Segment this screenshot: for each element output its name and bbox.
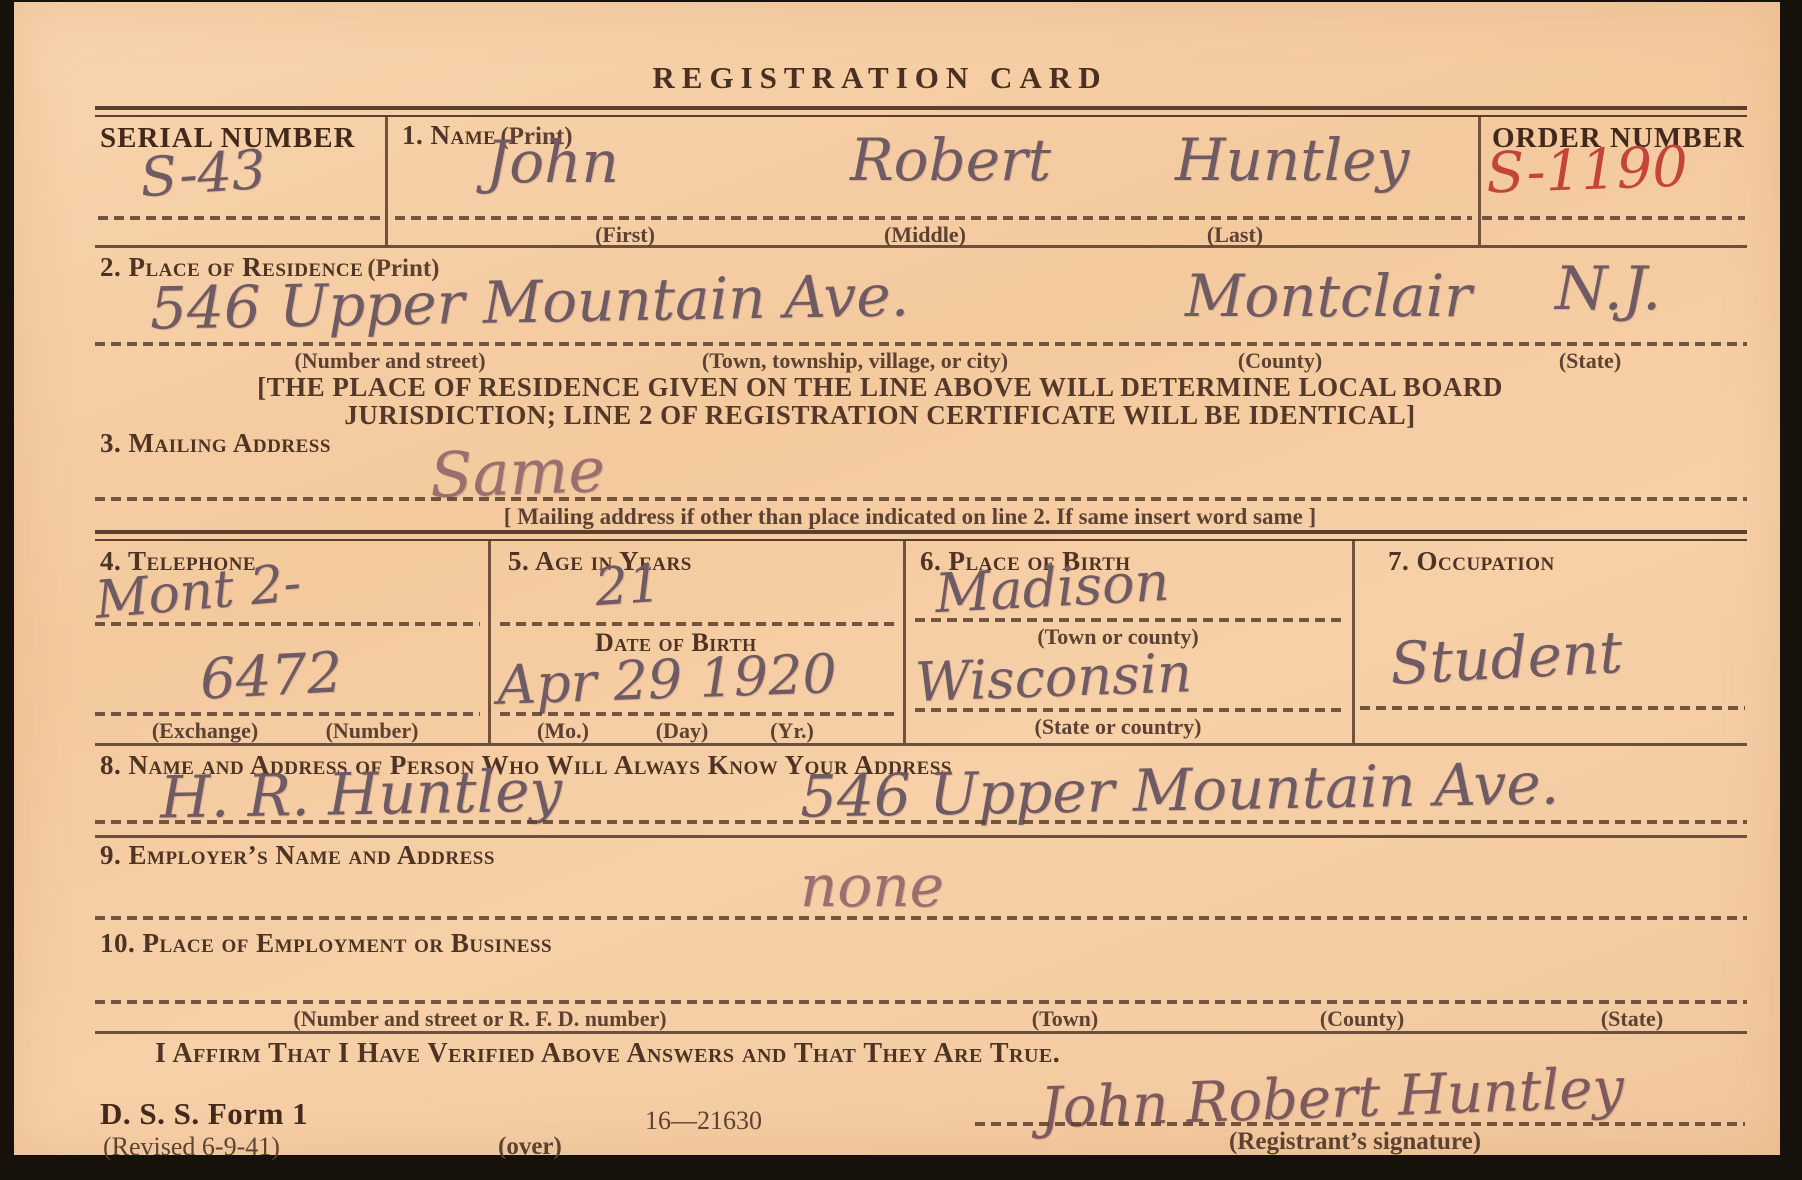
- name-dashed-line: [395, 216, 1472, 220]
- contact-bottom-rule: [95, 835, 1747, 838]
- signature-caption: (Registrant’s signature): [1229, 1128, 1481, 1156]
- mailing-label: 3. Mailing Address: [100, 428, 331, 459]
- jurisdiction-notice-line2: JURISDICTION; LINE 2 OF REGISTRATION CER…: [344, 400, 1415, 431]
- day-caption: (Day): [656, 718, 709, 744]
- age-birth-divider: [903, 540, 906, 743]
- serial-number-value: S-43: [138, 138, 268, 210]
- serial-dashed-line: [98, 216, 380, 220]
- month-caption: (Mo.): [537, 718, 589, 744]
- occupation-dash: [1360, 706, 1745, 710]
- telephone-number-value: 6472: [198, 640, 344, 712]
- exchange-caption: (Exchange): [152, 718, 258, 744]
- birth-state-value: Wisconsin: [914, 641, 1193, 714]
- contact-address-value: 546 Upper Mountain Ave.: [799, 749, 1559, 830]
- year-caption: (Yr.): [770, 718, 814, 744]
- grid-bottom-rule: [95, 743, 1747, 746]
- mid-double-rule: [95, 530, 1747, 541]
- scanned-registration-card: REGISTRATION CARD SERIAL NUMBER S-43 1. …: [0, 0, 1802, 1180]
- tel-age-divider: [488, 540, 491, 743]
- birth-town-value: Madison: [934, 550, 1171, 625]
- residence-county-caption: (County): [1238, 348, 1322, 374]
- residence-street-value: 546 Upper Mountain Ave.: [149, 261, 909, 342]
- birth-town-dash: [915, 618, 1345, 622]
- form-revised: (Revised 6-9-41): [103, 1132, 280, 1162]
- telephone-dash-1: [95, 622, 480, 626]
- birth-state-caption: (State or country): [1035, 714, 1202, 740]
- order-number-value: S-1190: [1485, 134, 1689, 206]
- residence-city-value: Montclair: [1185, 262, 1472, 330]
- over-caption: (over): [498, 1133, 562, 1161]
- mailing-caption: [ Mailing address if other than place in…: [504, 504, 1316, 530]
- residence-city-caption: (Town, township, village, or city): [702, 348, 1008, 374]
- employer-dash: [95, 916, 1747, 920]
- order-dashed-line: [1482, 216, 1745, 220]
- employment-state-caption: (State): [1601, 1006, 1663, 1032]
- employer-label: 9. Employer’s Name and Address: [100, 840, 495, 871]
- dob-dash: [500, 712, 895, 716]
- occupation-label: 7. Occupation: [1388, 546, 1555, 577]
- age-value: 21: [593, 554, 663, 618]
- name-label: 1. Name: [402, 120, 496, 150]
- print-code: 16—21630: [645, 1106, 762, 1136]
- name-first-value: John: [486, 128, 619, 196]
- employer-value: none: [800, 852, 944, 920]
- telephone-dash-2: [95, 712, 480, 716]
- name-middle-value: Robert: [850, 126, 1051, 194]
- employment-street-caption: (Number and street or R. F. D. number): [293, 1006, 666, 1032]
- residence-street-caption: (Number and street): [294, 348, 485, 374]
- header-bottom-rule: [95, 245, 1747, 248]
- page-title: REGISTRATION CARD: [20, 60, 1740, 96]
- name-order-divider: [1478, 117, 1481, 245]
- employment-label: 10. Place of Employment or Business: [100, 928, 552, 959]
- residence-dashed-line: [95, 342, 1747, 346]
- residence-state-value: N.J.: [1555, 254, 1661, 324]
- form-number: D. S. S. Form 1: [100, 1096, 308, 1132]
- age-dash: [500, 622, 895, 626]
- residence-state-caption: (State): [1559, 348, 1621, 374]
- signature-dash: [975, 1122, 1745, 1126]
- birth-state-dash: [915, 708, 1345, 712]
- affirmation-text: I Affirm That I Have Verified Above Answ…: [155, 1038, 1060, 1070]
- occupation-value: Student: [1388, 618, 1624, 698]
- employment-county-caption: (County): [1320, 1006, 1404, 1032]
- jurisdiction-notice-line1: [THE PLACE OF RESIDENCE GIVEN ON THE LIN…: [257, 372, 1503, 403]
- employment-town-caption: (Town): [1032, 1006, 1098, 1032]
- employment-bottom-rule: [95, 1031, 1747, 1034]
- name-last-value: Huntley: [1175, 126, 1409, 194]
- serial-name-divider: [385, 117, 388, 245]
- date-of-birth-value: Apr 29 1920: [496, 642, 838, 717]
- mailing-dashed-line: [95, 497, 1747, 501]
- employment-dash: [95, 1000, 1747, 1004]
- top-double-rule: [95, 106, 1747, 117]
- contact-dash: [95, 820, 1747, 824]
- birth-occupation-divider: [1352, 540, 1355, 743]
- number-caption: (Number): [326, 718, 419, 744]
